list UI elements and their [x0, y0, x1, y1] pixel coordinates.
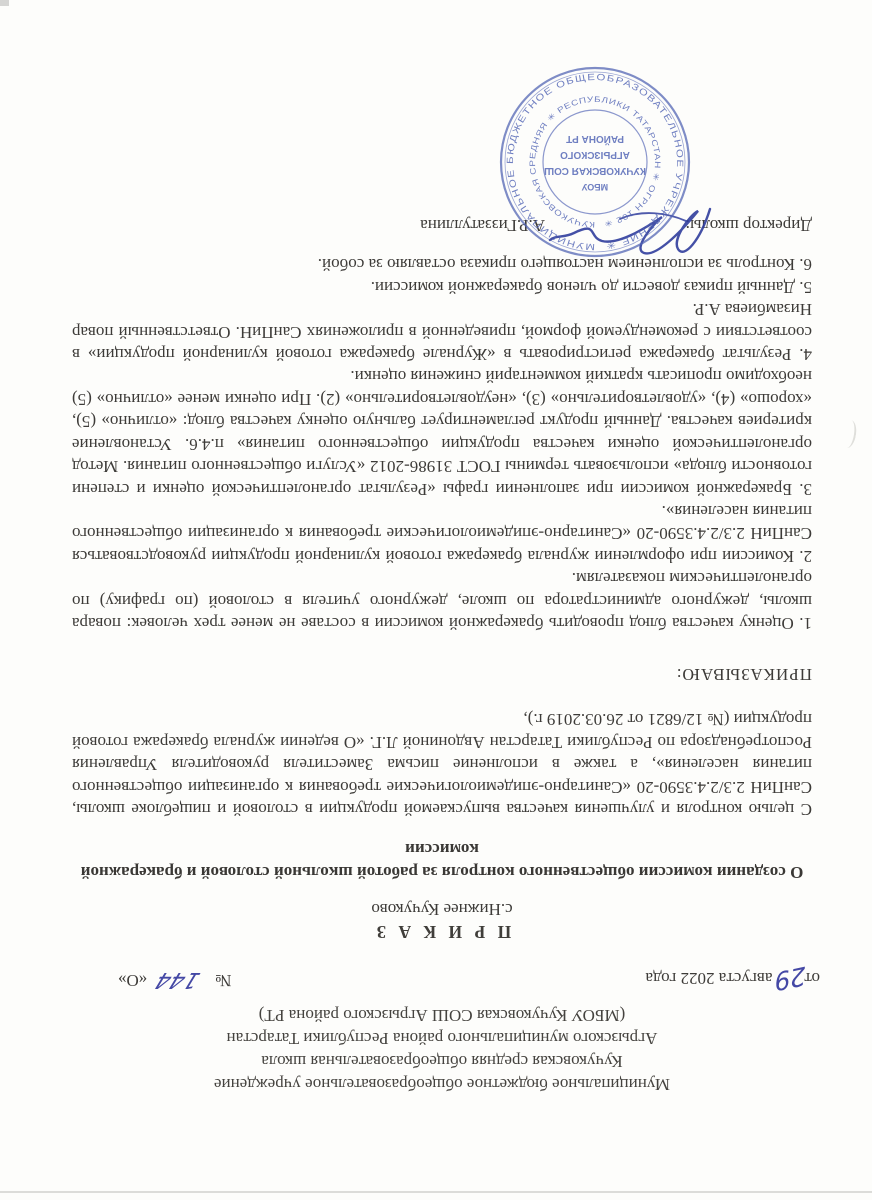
director-label: Директор школы: [685, 216, 812, 235]
document-sheet: Муниципальное бюджетное общеобразователь… [0, 0, 872, 1200]
institution-line: (МБОУ Кучуковская СОШ Агрызского района … [72, 1004, 812, 1027]
order-date: от29августа 2022 года [645, 968, 820, 990]
order-number: №144«О» [72, 970, 232, 990]
svg-text:КУЧУКОВСКАЯ СРЕДНЯЯ ✳ РЕСПУБЛИ: КУЧУКОВСКАЯ СРЕДНЯЯ ✳ РЕСПУБЛИКИ ТАТАРСТ… [528, 95, 662, 229]
scanned-order-page: Муниципальное бюджетное общеобразователь… [0, 0, 872, 1200]
stamp-center-line: КУЧУКОВСКАЯ СОШ [544, 165, 646, 176]
stamp-center-line: РАЙОНА РТ [566, 133, 624, 146]
date-prefix: от [804, 969, 820, 988]
number-label: № [215, 971, 231, 990]
order-item-1: 1. Оценку качества блюд проводить бракер… [72, 567, 812, 634]
institution-line: Кучуковская средняя общеобразовательная … [72, 1050, 812, 1073]
resolve-word: ПРИКАЗЫВАЮ: [72, 664, 812, 684]
institution-line: Агрызского муниципального района Республ… [72, 1027, 812, 1050]
order-items: 1. Оценку качества блюд проводить бракер… [72, 253, 812, 634]
school-round-stamp: МУНИЦИПАЛЬНОЕ БЮДЖЕТНОЕ ОБЩЕОБРАЗОВАТЕЛЬ… [495, 62, 695, 262]
order-item-4: 4. Результат бракеража регистрировать в … [72, 298, 812, 365]
stamp-center-line: АГРЫЗСКОГО [560, 149, 630, 160]
order-item-3: 3. Бракеражной комиссии при заполнении г… [72, 365, 812, 499]
scan-edge-artifact [0, 1191, 872, 1193]
order-item-6: 6. Контроль за исполнением настоящего пр… [72, 253, 812, 275]
scan-margin-artifact [840, 419, 858, 449]
order-item-5: 5. Данный приказ довести до членов браке… [72, 275, 812, 297]
place-line: с.Нижнее Кучуково [72, 898, 812, 921]
order-item-2: 2. Комиссии при оформлении журнала браке… [72, 500, 812, 567]
institution-header: Муниципальное бюджетное общеобразователь… [72, 1004, 812, 1096]
signature-row: Директор школы: А.Р.Гиззатуллина [72, 209, 812, 235]
order-word: П Р И К А З [72, 921, 812, 942]
date-rest: августа 2022 года [645, 969, 772, 988]
scan-corner-artifact [0, 0, 9, 6]
order-subject: О создании комиссии общественного контро… [77, 838, 807, 884]
preamble-paragraph: С целью контроля и улучшения качества вы… [72, 708, 812, 820]
stamp-center-line: МБОУ [581, 182, 608, 192]
handwritten-day: 29 [774, 961, 807, 997]
stamp-inner-ring [543, 110, 647, 214]
date-number-row: от29августа 2022 года №144«О» [72, 968, 820, 990]
handwritten-number: 144 [152, 967, 204, 992]
stamp-ring-text-inner: КУЧУКОВСКАЯ СРЕДНЯЯ ✳ РЕСПУБЛИКИ ТАТАРСТ… [528, 95, 662, 229]
number-note: «О» [118, 971, 147, 990]
institution-line: Муниципальное бюджетное общеобразователь… [72, 1073, 812, 1096]
